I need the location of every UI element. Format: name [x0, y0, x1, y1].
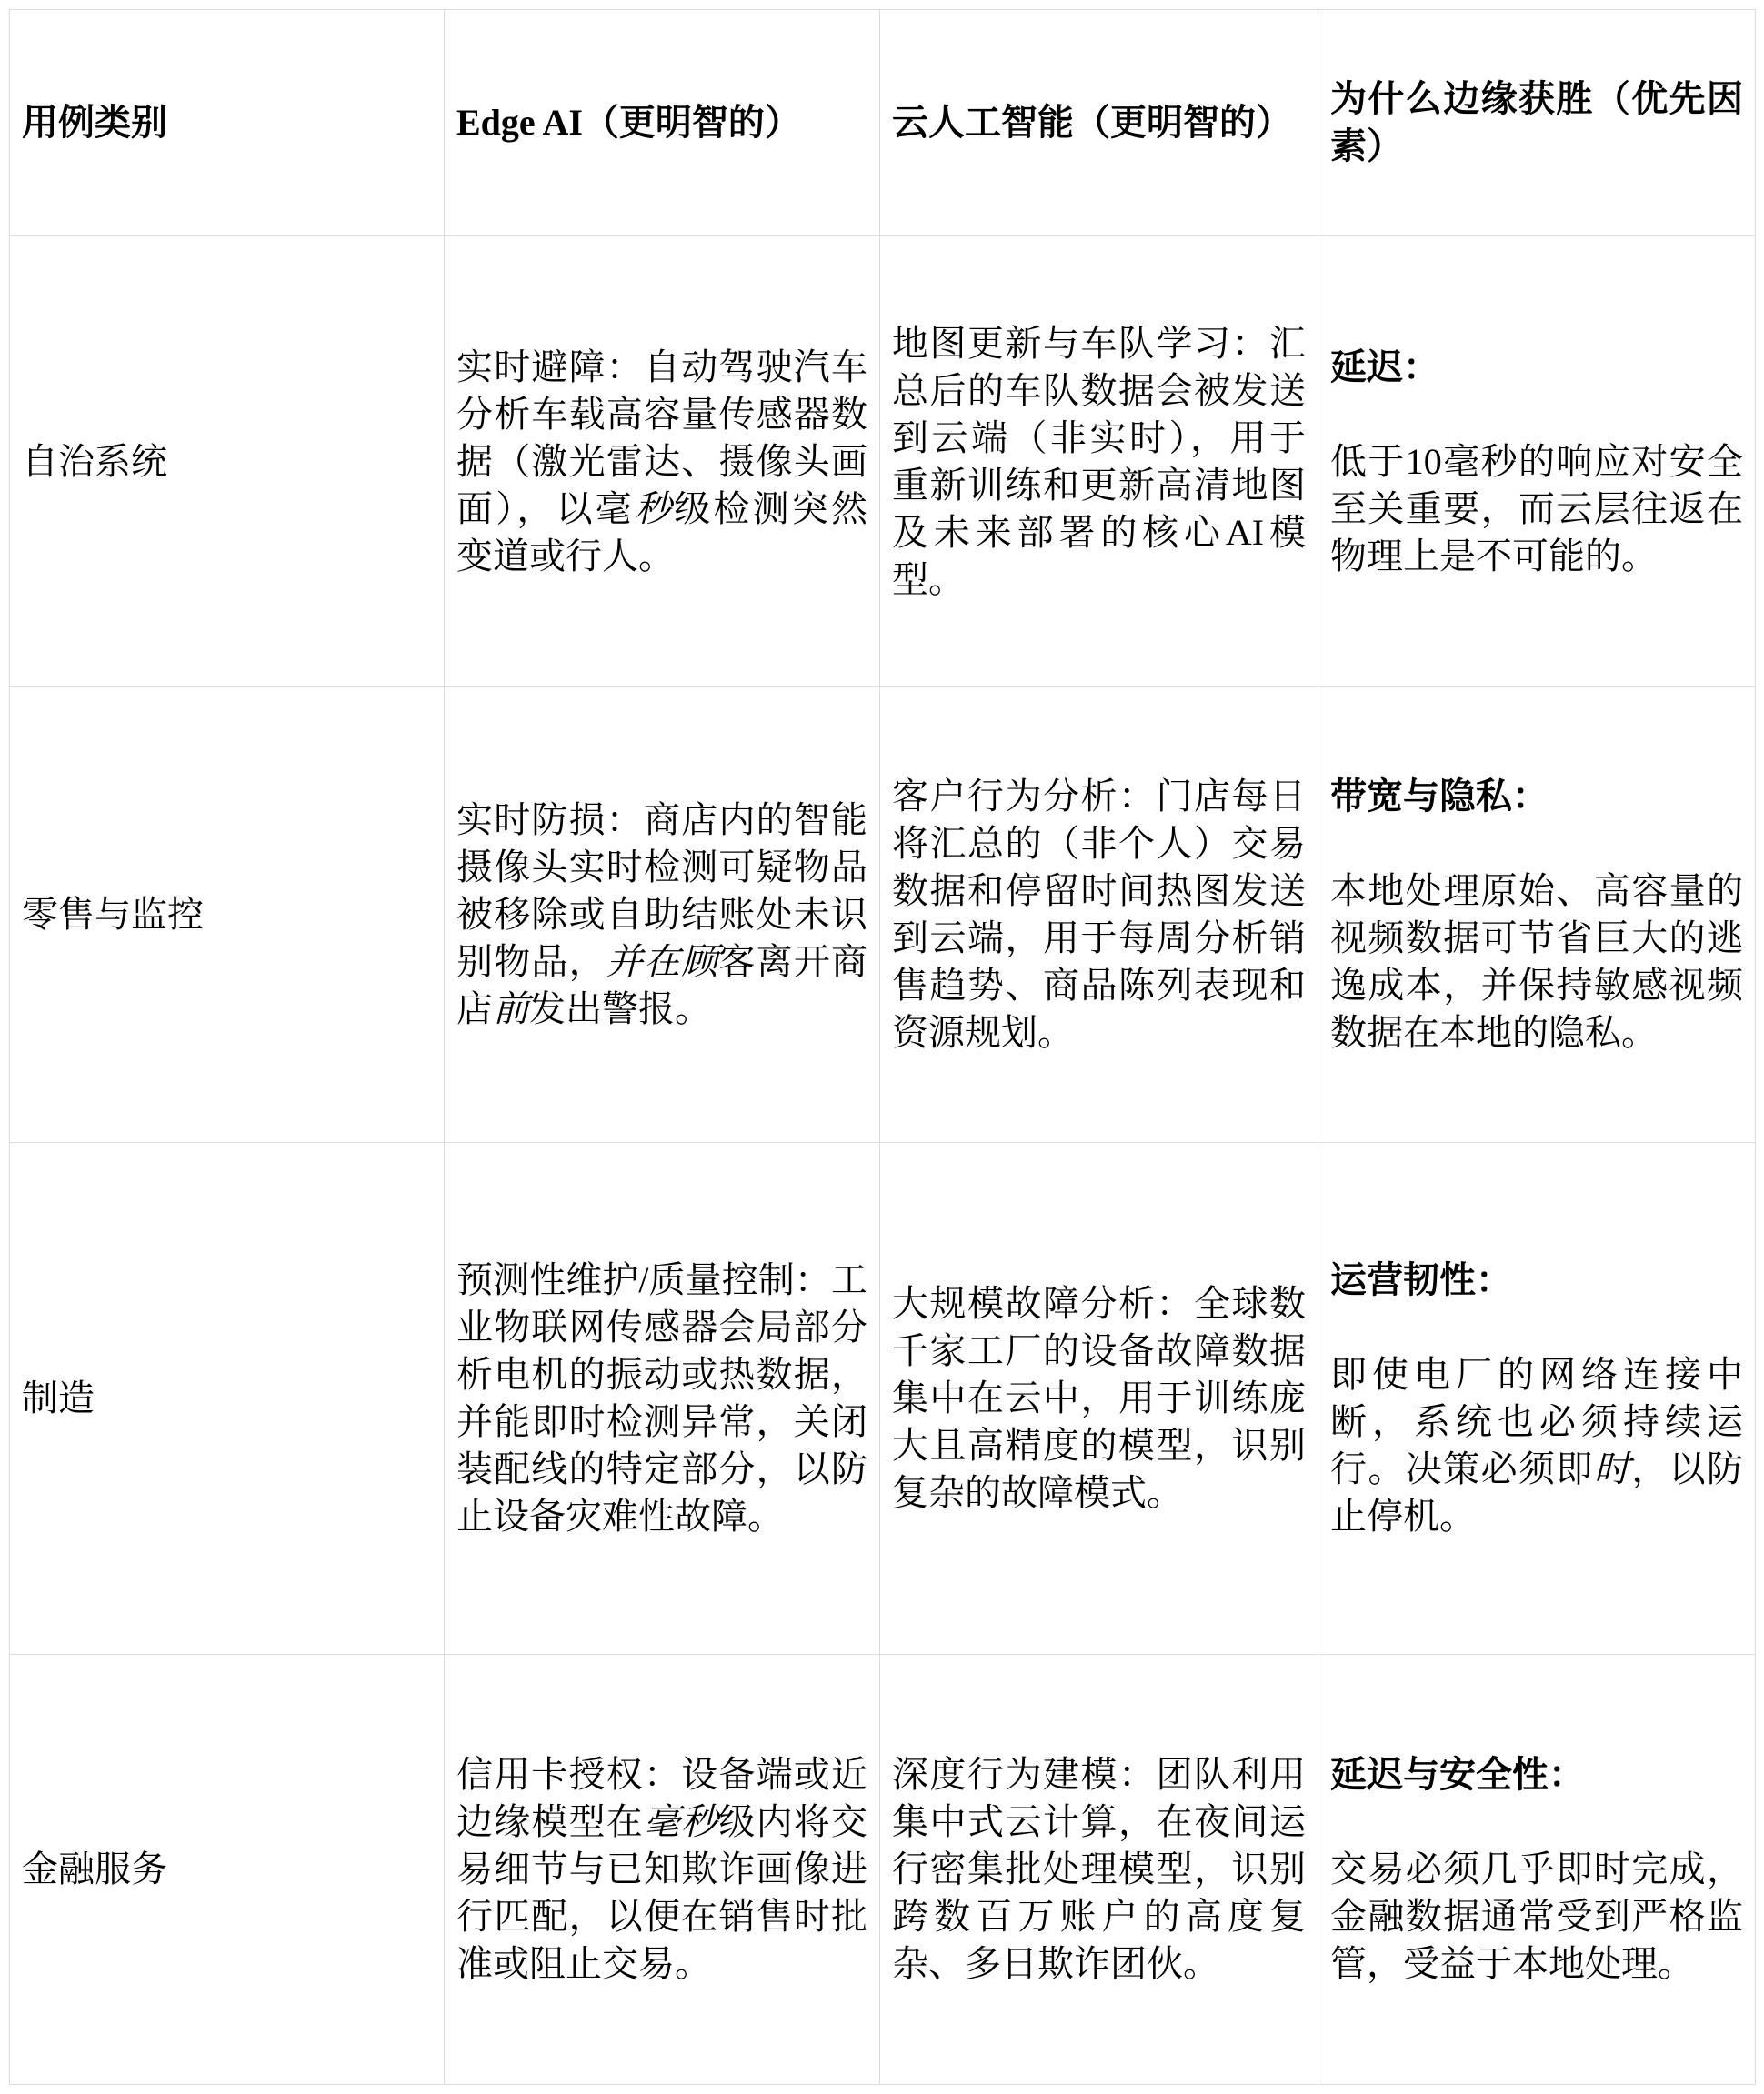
why-title: 运营韧性：: [1330, 1257, 1743, 1304]
why-edge-wins-cell: 运营韧性： 即使电厂的网络连接中断，系统也必须持续运行。决策必须即时，以防止停机…: [1318, 1143, 1756, 1655]
table-row-retail-surveillance: 零售与监控 实时防损：商店内的智能摄像头实时检测可疑物品被移除或自助结账处未识别…: [10, 687, 1756, 1143]
text-segment: 低于10毫秒的响应对安全至关重要，而云层往返在物理上是不可能的。: [1330, 441, 1743, 576]
why-edge-wins-cell: 延迟与安全性： 交易必须几乎即时完成，金融数据通常受到严格监管，受益于本地处理。: [1318, 1655, 1756, 2085]
text-segment: 客户行为分析：门店每日将汇总的（非个人）交易数据和停留时间热图发送到云端，用于每…: [892, 776, 1306, 1053]
category-cell: 零售与监控: [10, 687, 445, 1143]
table-row-manufacturing: 制造 预测性维护/质量控制：工业物联网传感器会局部分析电机的振动或热数据，并能即…: [10, 1143, 1756, 1655]
edge-vs-cloud-comparison-table: 用例类别 Edge AI（更明智的） 云人工智能（更明智的） 为什么边缘获胜（优…: [9, 9, 1756, 2085]
table-row-autonomous-systems: 自治系统 实时避障：自动驾驶汽车分析车载高容量传感器数据（激光雷达、摄像头画面）…: [10, 236, 1756, 687]
cloud-ai-cell: 地图更新与车队学习：汇总后的车队数据会被发送到云端（非实时），用于重新训练和更新…: [880, 236, 1318, 687]
header-category: 用例类别: [10, 10, 445, 236]
text-segment: 秒: [635, 488, 674, 529]
why-body: 即使电厂的网络连接中断，系统也必须持续运行。决策必须即时，以防止停机。: [1330, 1351, 1743, 1540]
why-edge-wins-cell: 带宽与隐私： 本地处理原始、高容量的视频数据可节省巨大的逃逸成本，并保持敏感视频…: [1318, 687, 1756, 1143]
header-edge-ai: Edge AI（更明智的）: [445, 10, 880, 236]
table-row-financial-services: 金融服务 信用卡授权：设备端或近边缘模型在毫秒级内将交易细节与已知欺诈画像进行匹…: [10, 1655, 1756, 2085]
category-cell: 自治系统: [10, 236, 445, 687]
text-segment: 深度行为建模：团队利用集中式云计算，在夜间运行密集批处理模型，识别跨数百万账户的…: [892, 1754, 1306, 1984]
why-body: 低于10毫秒的响应对安全至关重要，而云层往返在物理上是不可能的。: [1330, 438, 1743, 580]
text-segment: 时: [1594, 1448, 1631, 1489]
header-why-edge-wins: 为什么边缘获胜（优先因素）: [1318, 10, 1756, 236]
why-body: 本地处理原始、高容量的视频数据可节省巨大的逃逸成本，并保持敏感视频数据在本地的隐…: [1330, 867, 1743, 1057]
why-title: 延迟与安全性：: [1330, 1751, 1743, 1798]
text-segment: 发出警报。: [529, 988, 711, 1029]
text-segment: 地图更新与车队学习：汇总后的车队数据会被发送到云端（非实时），用于重新训练和更新…: [892, 323, 1306, 600]
edge-ai-cell: 预测性维护/质量控制：工业物联网传感器会局部分析电机的振动或热数据，并能即时检测…: [445, 1143, 880, 1655]
why-title: 延迟：: [1330, 344, 1743, 391]
text-segment: 前: [493, 988, 529, 1029]
cloud-ai-cell: 深度行为建模：团队利用集中式云计算，在夜间运行密集批处理模型，识别跨数百万账户的…: [880, 1655, 1318, 2085]
why-edge-wins-cell: 延迟： 低于10毫秒的响应对安全至关重要，而云层往返在物理上是不可能的。: [1318, 236, 1756, 687]
edge-ai-cell: 实时避障：自动驾驶汽车分析车载高容量传感器数据（激光雷达、摄像头画面），以毫秒级…: [445, 236, 880, 687]
edge-ai-cell: 实时防损：商店内的智能摄像头实时检测可疑物品被移除或自助结账处未识别物品，并在顾…: [445, 687, 880, 1143]
header-cloud-ai: 云人工智能（更明智的）: [880, 10, 1318, 236]
cloud-ai-cell: 客户行为分析：门店每日将汇总的（非个人）交易数据和停留时间热图发送到云端，用于每…: [880, 687, 1318, 1143]
text-segment: 毫秒: [644, 1801, 718, 1842]
text-segment: 预测性维护/质量控制：工业物联网传感器会局部分析电机的振动或热数据，并能即时检测…: [456, 1259, 867, 1537]
edge-ai-cell: 信用卡授权：设备端或近边缘模型在毫秒级内将交易细节与已知欺诈画像进行匹配，以便在…: [445, 1655, 880, 2085]
text-segment: 大规模故障分析：全球数千家工厂的设备故障数据集中在云中，用于训练庞大且高精度的模…: [892, 1283, 1306, 1513]
why-body: 交易必须几乎即时完成，金融数据通常受到严格监管，受益于本地处理。: [1330, 1846, 1743, 1988]
text-segment: 并在顾: [606, 941, 719, 982]
why-title: 带宽与隐私：: [1330, 773, 1743, 820]
category-cell: 制造: [10, 1143, 445, 1655]
text-segment: 本地处理原始、高容量的视频数据可节省巨大的逃逸成本，并保持敏感视频数据在本地的隐…: [1330, 870, 1743, 1053]
cloud-ai-cell: 大规模故障分析：全球数千家工厂的设备故障数据集中在云中，用于训练庞大且高精度的模…: [880, 1143, 1318, 1655]
table-header-row: 用例类别 Edge AI（更明智的） 云人工智能（更明智的） 为什么边缘获胜（优…: [10, 10, 1756, 236]
text-segment: 交易必须几乎即时完成，金融数据通常受到严格监管，受益于本地处理。: [1330, 1849, 1743, 1984]
category-cell: 金融服务: [10, 1655, 445, 2085]
